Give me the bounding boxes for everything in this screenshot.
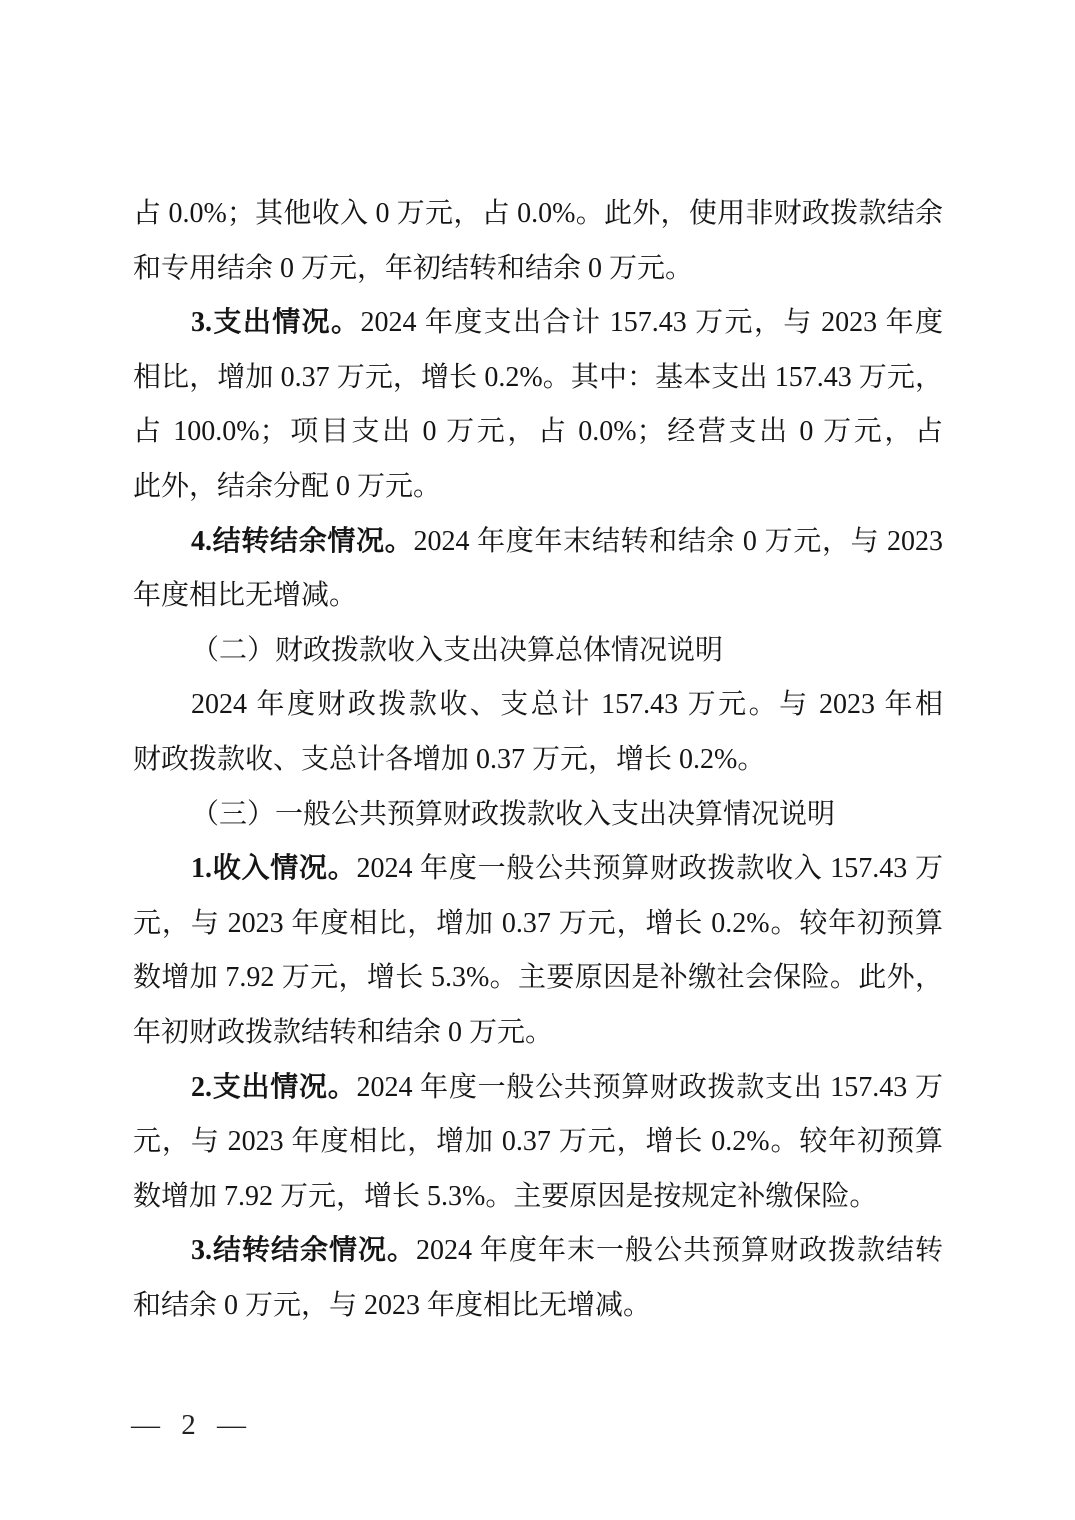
section-heading: （二）财政拨款收入支出决算总体情况说明 bbox=[133, 623, 943, 678]
line-text: 和结余 0 万元，与 2023 年度相比无增减。 bbox=[133, 1290, 651, 1321]
body-text-line: 4.结转结余情况。2024 年度年末结转和结余 0 万元，与 2023 bbox=[133, 514, 943, 569]
subsection-label: 1.收入情况。 bbox=[191, 853, 356, 884]
line-text: 相比，增加 0.37 万元，增长 0.2%。其中：基本支出 157.43 万元， bbox=[133, 362, 943, 393]
page-number: — 2 — bbox=[131, 1398, 248, 1453]
body-text-line: 数增加 7.92 万元，增长 5.3%。主要原因是按规定补缴保险。 bbox=[133, 1169, 943, 1224]
line-text: （二）财政拨款收入支出决算总体情况说明 bbox=[191, 635, 723, 666]
body-text-line: 3.结转结余情况。2024 年度年末一般公共预算财政拨款结转 bbox=[133, 1223, 943, 1278]
body-text-line: 数增加 7.92 万元，增长 5.3%。主要原因是补缴社会保险。此外， bbox=[133, 950, 943, 1005]
line-text: 2024 年度一般公共预算财政拨款支出 157.43 万 bbox=[356, 1072, 943, 1103]
subsection-label: 4.结转结余情况。 bbox=[191, 526, 413, 557]
line-text: 此外，结余分配 0 万元。 bbox=[133, 471, 441, 502]
body-text-line: 1.收入情况。2024 年度一般公共预算财政拨款收入 157.43 万 bbox=[133, 841, 943, 896]
line-text: （三）一般公共预算财政拨款收入支出决算情况说明 bbox=[191, 799, 835, 830]
subsection-label: 3.支出情况。 bbox=[191, 307, 360, 338]
body-text-line: 此外，结余分配 0 万元。 bbox=[133, 459, 943, 514]
line-text: 2024 年度年末一般公共预算财政拨款结转 bbox=[416, 1235, 943, 1266]
line-text: 数增加 7.92 万元，增长 5.3%。主要原因是按规定补缴保险。 bbox=[133, 1181, 877, 1212]
line-text: 年度相比无增减。 bbox=[133, 580, 357, 611]
subsection-label: 2.支出情况。 bbox=[191, 1072, 356, 1103]
body-text-line: 3.支出情况。2024 年度支出合计 157.43 万元，与 2023 年度 bbox=[133, 295, 943, 350]
body-text-line: 财政拨款收、支总计各增加 0.37 万元，增长 0.2%。 bbox=[133, 732, 943, 787]
body-text-line: 2024 年度财政拨款收、支总计 157.43 万元。与 2023 年相比， bbox=[133, 677, 943, 732]
line-text: 2024 年度一般公共预算财政拨款收入 157.43 万 bbox=[356, 853, 943, 884]
body-text-line: 和专用结余 0 万元，年初结转和结余 0 万元。 bbox=[133, 241, 943, 296]
line-text: 财政拨款收、支总计各增加 0.37 万元，增长 0.2%。 bbox=[133, 744, 765, 775]
line-text: 元，与 2023 年度相比，增加 0.37 万元，增长 0.2%。较年初预算 bbox=[133, 908, 943, 939]
line-text: 元，与 2023 年度相比，增加 0.37 万元，增长 0.2%。较年初预算 bbox=[133, 1126, 943, 1157]
line-text: 数增加 7.92 万元，增长 5.3%。主要原因是补缴社会保险。此外， bbox=[133, 962, 943, 993]
body-text-line: 元，与 2023 年度相比，增加 0.37 万元，增长 0.2%。较年初预算 bbox=[133, 1114, 943, 1169]
body-text-line: 2.支出情况。2024 年度一般公共预算财政拨款支出 157.43 万 bbox=[133, 1060, 943, 1115]
line-text: 2024 年度支出合计 157.43 万元，与 2023 年度 bbox=[360, 307, 943, 338]
body-text-line: 年度相比无增减。 bbox=[133, 568, 943, 623]
line-text: 占 0.0%；其他收入 0 万元，占 0.0%。此外，使用非财政拨款结余 bbox=[133, 198, 943, 229]
body-text-line: 年初财政拨款结转和结余 0 万元。 bbox=[133, 1005, 943, 1060]
section-heading: （三）一般公共预算财政拨款收入支出决算情况说明 bbox=[133, 787, 943, 842]
line-text: 占 100.0%；项目支出 0 万元，占 0.0%；经营支出 0 万元，占 0.… bbox=[133, 416, 943, 459]
line-text: 2024 年度年末结转和结余 0 万元，与 2023 bbox=[413, 526, 943, 557]
body-text-line: 相比，增加 0.37 万元，增长 0.2%。其中：基本支出 157.43 万元， bbox=[133, 350, 943, 405]
subsection-label: 3.结转结余情况。 bbox=[191, 1235, 416, 1266]
body-text-line: 元，与 2023 年度相比，增加 0.37 万元，增长 0.2%。较年初预算 bbox=[133, 896, 943, 951]
line-text: 和专用结余 0 万元，年初结转和结余 0 万元。 bbox=[133, 253, 693, 284]
body-text-line: 和结余 0 万元，与 2023 年度相比无增减。 bbox=[133, 1278, 943, 1333]
document-page: 占 0.0%；其他收入 0 万元，占 0.0%。此外，使用非财政拨款结余 和专用… bbox=[0, 0, 1075, 1520]
body-text-line: 占 0.0%；其他收入 0 万元，占 0.0%。此外，使用非财政拨款结余 bbox=[133, 186, 943, 241]
line-text: 年初财政拨款结转和结余 0 万元。 bbox=[133, 1017, 553, 1048]
line-text: 2024 年度财政拨款收、支总计 157.43 万元。与 2023 年相比， bbox=[191, 689, 943, 732]
body-text-line: 占 100.0%；项目支出 0 万元，占 0.0%；经营支出 0 万元，占 0.… bbox=[133, 404, 943, 459]
